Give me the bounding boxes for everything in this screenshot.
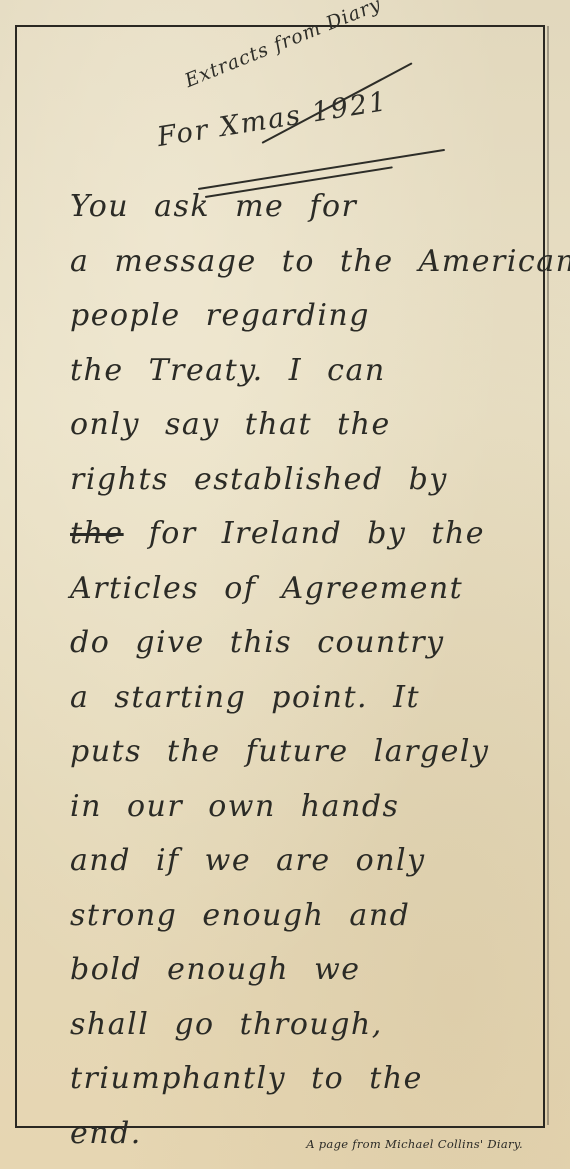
text-line: a message to the American (70, 235, 510, 290)
text-line: bold enough we (70, 943, 510, 998)
text-line: and if we are only (70, 834, 510, 889)
text-line: end. (70, 1107, 510, 1162)
text-line: do give this country (70, 616, 510, 671)
text-line: You ask me for (70, 180, 510, 235)
text-line-with-strikeout: the for Ireland by the (70, 507, 510, 562)
text-line-rest: for Ireland by the (149, 516, 485, 551)
text-line: triumphantly to the (70, 1052, 510, 1107)
text-line: strong enough and (70, 889, 510, 944)
text-line: in our own hands (70, 780, 510, 835)
text-line: shall go through, (70, 998, 510, 1053)
text-line: rights established by (70, 453, 510, 508)
text-line: the Treaty. I can (70, 344, 510, 399)
text-line: only say that the (70, 398, 510, 453)
text-line: people regarding (70, 289, 510, 344)
figure-caption: A page from Michael Collins' Diary. (306, 1137, 523, 1151)
text-line: puts the future largely (70, 725, 510, 780)
handwritten-body: You ask me for a message to the American… (70, 180, 510, 1161)
struck-word: the (70, 516, 124, 551)
text-line: a starting point. It (70, 671, 510, 726)
text-line: Articles of Agreement (70, 562, 510, 617)
